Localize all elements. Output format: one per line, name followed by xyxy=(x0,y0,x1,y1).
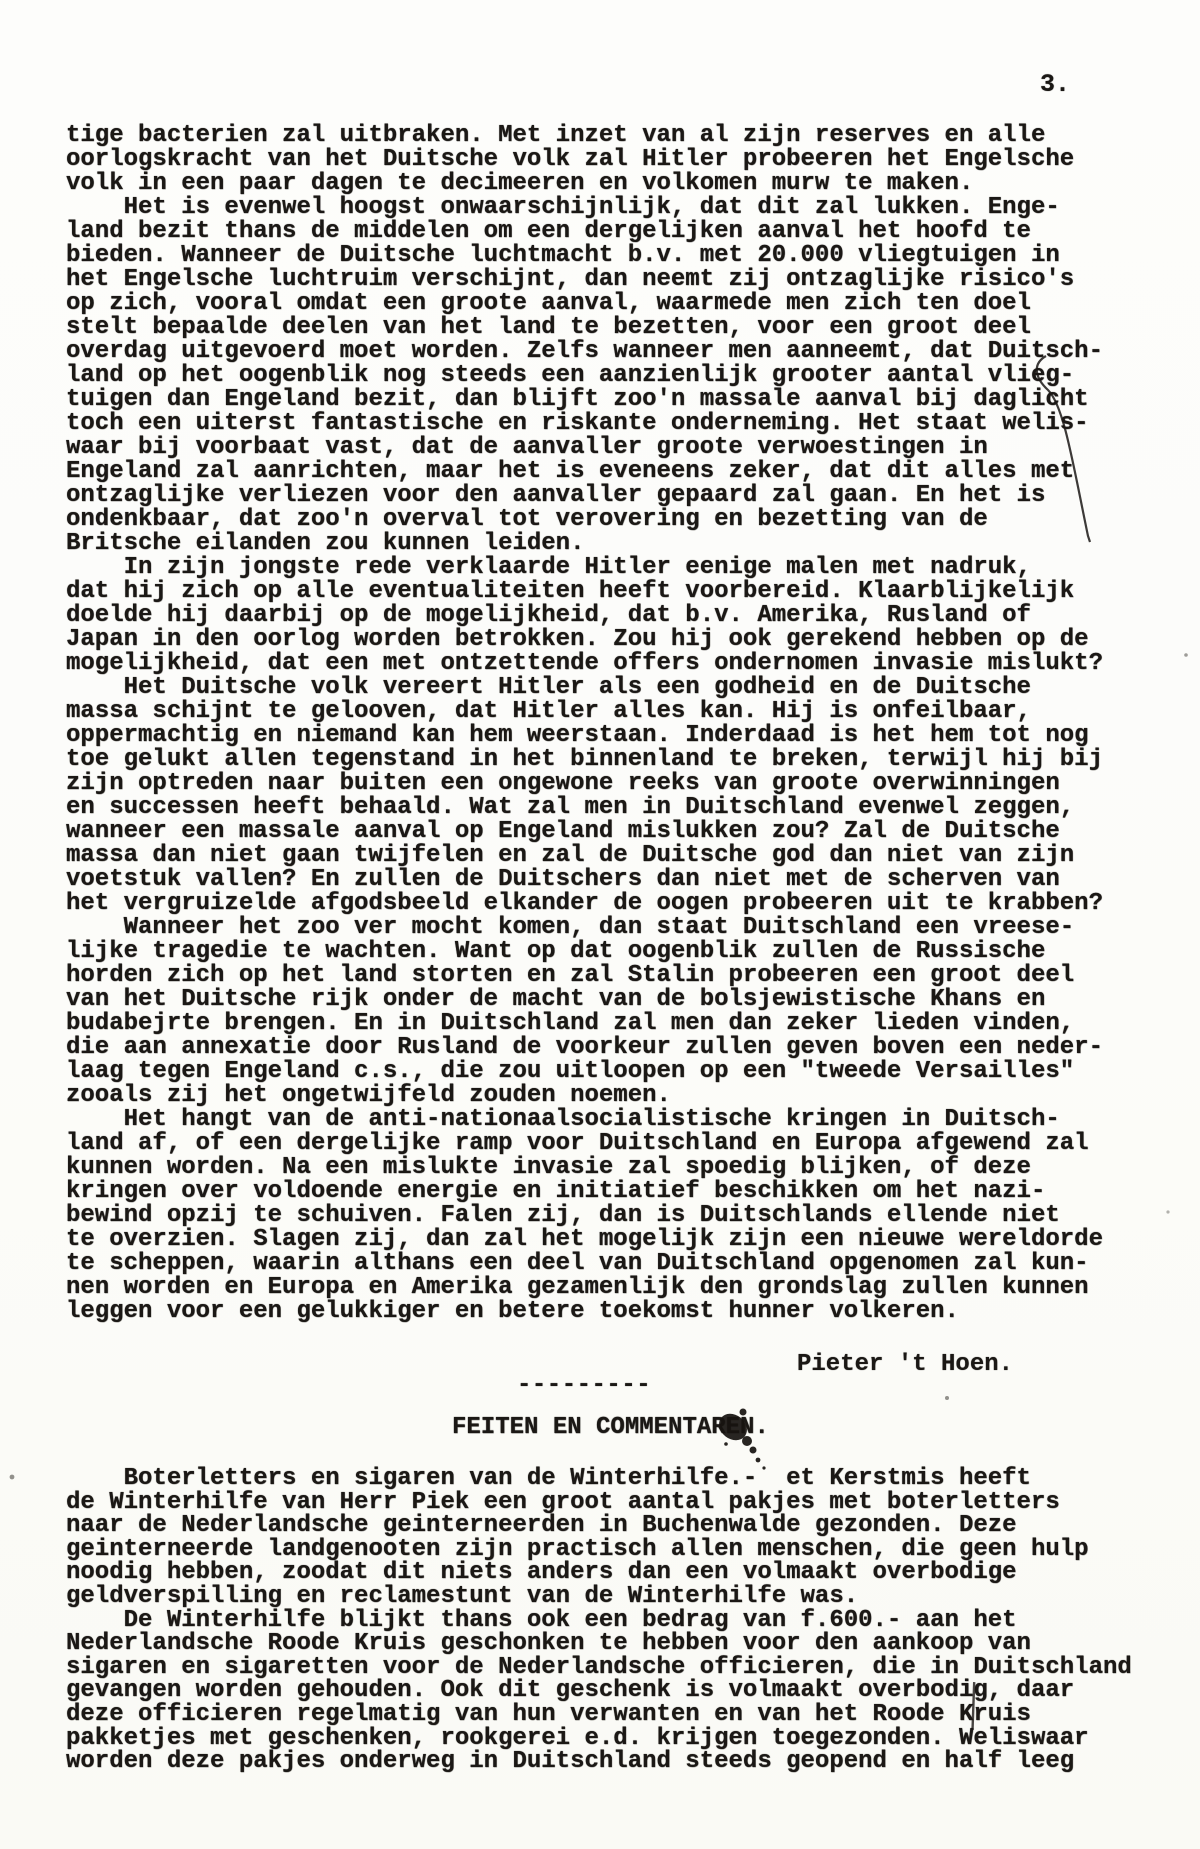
text-line: Het is evenwel hoogst onwaarschijnlijk, … xyxy=(66,196,1103,220)
text-line: voetstuk vallen? En zullen de Duitschers… xyxy=(66,868,1103,892)
text-line: Boterletters en sigaren van de Winterhil… xyxy=(66,1467,1132,1491)
text-line: en successen heeft behaald. Wat zal men … xyxy=(66,796,1103,820)
text-line: geldverspilling en reclamestunt van de W… xyxy=(66,1585,1132,1609)
text-line: zooals zij het ongetwijfeld zouden noeme… xyxy=(66,1084,1103,1108)
text-line: toch een uiterst fantastische en riskant… xyxy=(66,412,1103,436)
text-line: te scheppen, waarin althans een deel van… xyxy=(66,1252,1103,1276)
text-line: oppermachtig en niemand kan hem weerstaa… xyxy=(66,724,1103,748)
text-line: Het hangt van de anti-nationaalsocialist… xyxy=(66,1108,1103,1132)
text-line: worden deze pakjes onderweg in Duitschla… xyxy=(66,1750,1132,1774)
dash-separator: --------- xyxy=(517,1372,651,1399)
text-line: stelt bepaalde deelen van het land te be… xyxy=(66,316,1103,340)
text-line: Wanneer het zoo ver mocht komen, dan sta… xyxy=(66,916,1103,940)
text-line: overdag uitgevoerd moet worden. Zelfs wa… xyxy=(66,340,1103,364)
text-line: sigaren en sigaretten voor de Nederlands… xyxy=(66,1656,1132,1680)
text-line: Nederlandsche Roode Kruis geschonken te … xyxy=(66,1632,1132,1656)
author-signature: Pieter 't Hoen. xyxy=(797,1351,1013,1378)
text-line: bewind opzij te schuiven. Falen zij, dan… xyxy=(66,1204,1103,1228)
scanned-page: 3. tige bacterien zal uitbraken. Met inz… xyxy=(0,0,1200,1849)
text-line: toe gelukt allen tegenstand in het binne… xyxy=(66,748,1103,772)
text-line: naar de Nederlandsche geinterneerden in … xyxy=(66,1514,1132,1538)
text-line: te overzien. Slagen zij, dan zal het mog… xyxy=(66,1228,1103,1252)
text-line: horden zich op het land storten en zal S… xyxy=(66,964,1103,988)
text-line: massa dan niet gaan twijfelen en zal de … xyxy=(66,844,1103,868)
text-line: land af, of een dergelijke ramp voor Dui… xyxy=(66,1132,1103,1156)
text-line: laag tegen Engeland c.s., die zou uitloo… xyxy=(66,1060,1103,1084)
text-line: geinterneerde landgenooten zijn practisc… xyxy=(66,1538,1132,1562)
text-line: gevangen worden gehouden. Ook dit gesche… xyxy=(66,1679,1132,1703)
text-line: bieden. Wanneer de Duitsche luchtmacht b… xyxy=(66,244,1103,268)
text-line: tige bacterien zal uitbraken. Met inzet … xyxy=(66,124,1103,148)
text-line: mogelijkheid, dat een met ontzettende of… xyxy=(66,652,1103,676)
text-line: tuigen dan Engeland bezit, dan blijft zo… xyxy=(66,388,1103,412)
text-line: de Winterhilfe van Herr Piek een groot a… xyxy=(66,1491,1132,1515)
text-line: zijn optreden naar buiten een ongewone r… xyxy=(66,772,1103,796)
text-line: ondenkbaar, dat zoo'n overval tot verove… xyxy=(66,508,1103,532)
text-line: het Engelsche luchtruim verschijnt, dan … xyxy=(66,268,1103,292)
article-winterhilfe-text: Boterletters en sigaren van de Winterhil… xyxy=(66,1467,1132,1774)
text-line: noodig hebben, zoodat dit niets anders d… xyxy=(66,1561,1132,1585)
text-line: Het Duitsche volk vereert Hitler als een… xyxy=(66,676,1103,700)
text-line: pakketjes met geschenken, rookgerei e.d.… xyxy=(66,1727,1132,1751)
text-line: waar bij voorbaat vast, dat de aanvaller… xyxy=(66,436,1103,460)
text-line: lijke tragedie te wachten. Want op dat o… xyxy=(66,940,1103,964)
text-line: die aan annexatie door Rusland de voorke… xyxy=(66,1036,1103,1060)
text-line: doelde hij daarbij op de mogelijkheid, d… xyxy=(66,604,1103,628)
text-line: kunnen worden. Na een mislukte invasie z… xyxy=(66,1156,1103,1180)
text-line: budabejrte brengen. En in Duitschland za… xyxy=(66,1012,1103,1036)
text-line: dat hij zich op alle eventualiteiten hee… xyxy=(66,580,1103,604)
text-line: van het Duitsche rijk onder de macht van… xyxy=(66,988,1103,1012)
text-line: op zich, vooral omdat een groote aanval,… xyxy=(66,292,1103,316)
text-line: land op het oogenblik nog steeds een aan… xyxy=(66,364,1103,388)
text-line: massa schijnt te gelooven, dat Hitler al… xyxy=(66,700,1103,724)
section-heading: FEITEN EN COMMENTAREN. xyxy=(452,1414,769,1441)
text-line: Britsche eilanden zou kunnen leiden. xyxy=(66,532,1103,556)
text-line: oorlogskracht van het Duitsche volk zal … xyxy=(66,148,1103,172)
text-line: Japan in den oorlog worden betrokken. Zo… xyxy=(66,628,1103,652)
text-line: volk in een paar dagen te decimeeren en … xyxy=(66,172,1103,196)
article-invasion-text: tige bacterien zal uitbraken. Met inzet … xyxy=(66,124,1103,1324)
text-line: De Winterhilfe blijkt thans ook een bedr… xyxy=(66,1609,1132,1633)
text-line: In zijn jongste rede verklaarde Hitler e… xyxy=(66,556,1103,580)
text-line: nen worden en Europa en Amerika gezamenl… xyxy=(66,1276,1103,1300)
text-line: leggen voor een gelukkiger en betere toe… xyxy=(66,1300,1103,1324)
text-line: land bezit thans de middelen om een derg… xyxy=(66,220,1103,244)
page-number: 3. xyxy=(1040,70,1070,99)
text-line: wanneer een massale aanval op Engeland m… xyxy=(66,820,1103,844)
text-line: het vergruizelde afgodsbeeld elkander de… xyxy=(66,892,1103,916)
text-line: Engeland zal aanrichten, maar het is eve… xyxy=(66,460,1103,484)
text-line: kringen over voldoende energie en initia… xyxy=(66,1180,1103,1204)
text-line: ontzaglijke verliezen voor den aanvaller… xyxy=(66,484,1103,508)
text-line: deze officieren regelmatig van hun verwa… xyxy=(66,1703,1132,1727)
